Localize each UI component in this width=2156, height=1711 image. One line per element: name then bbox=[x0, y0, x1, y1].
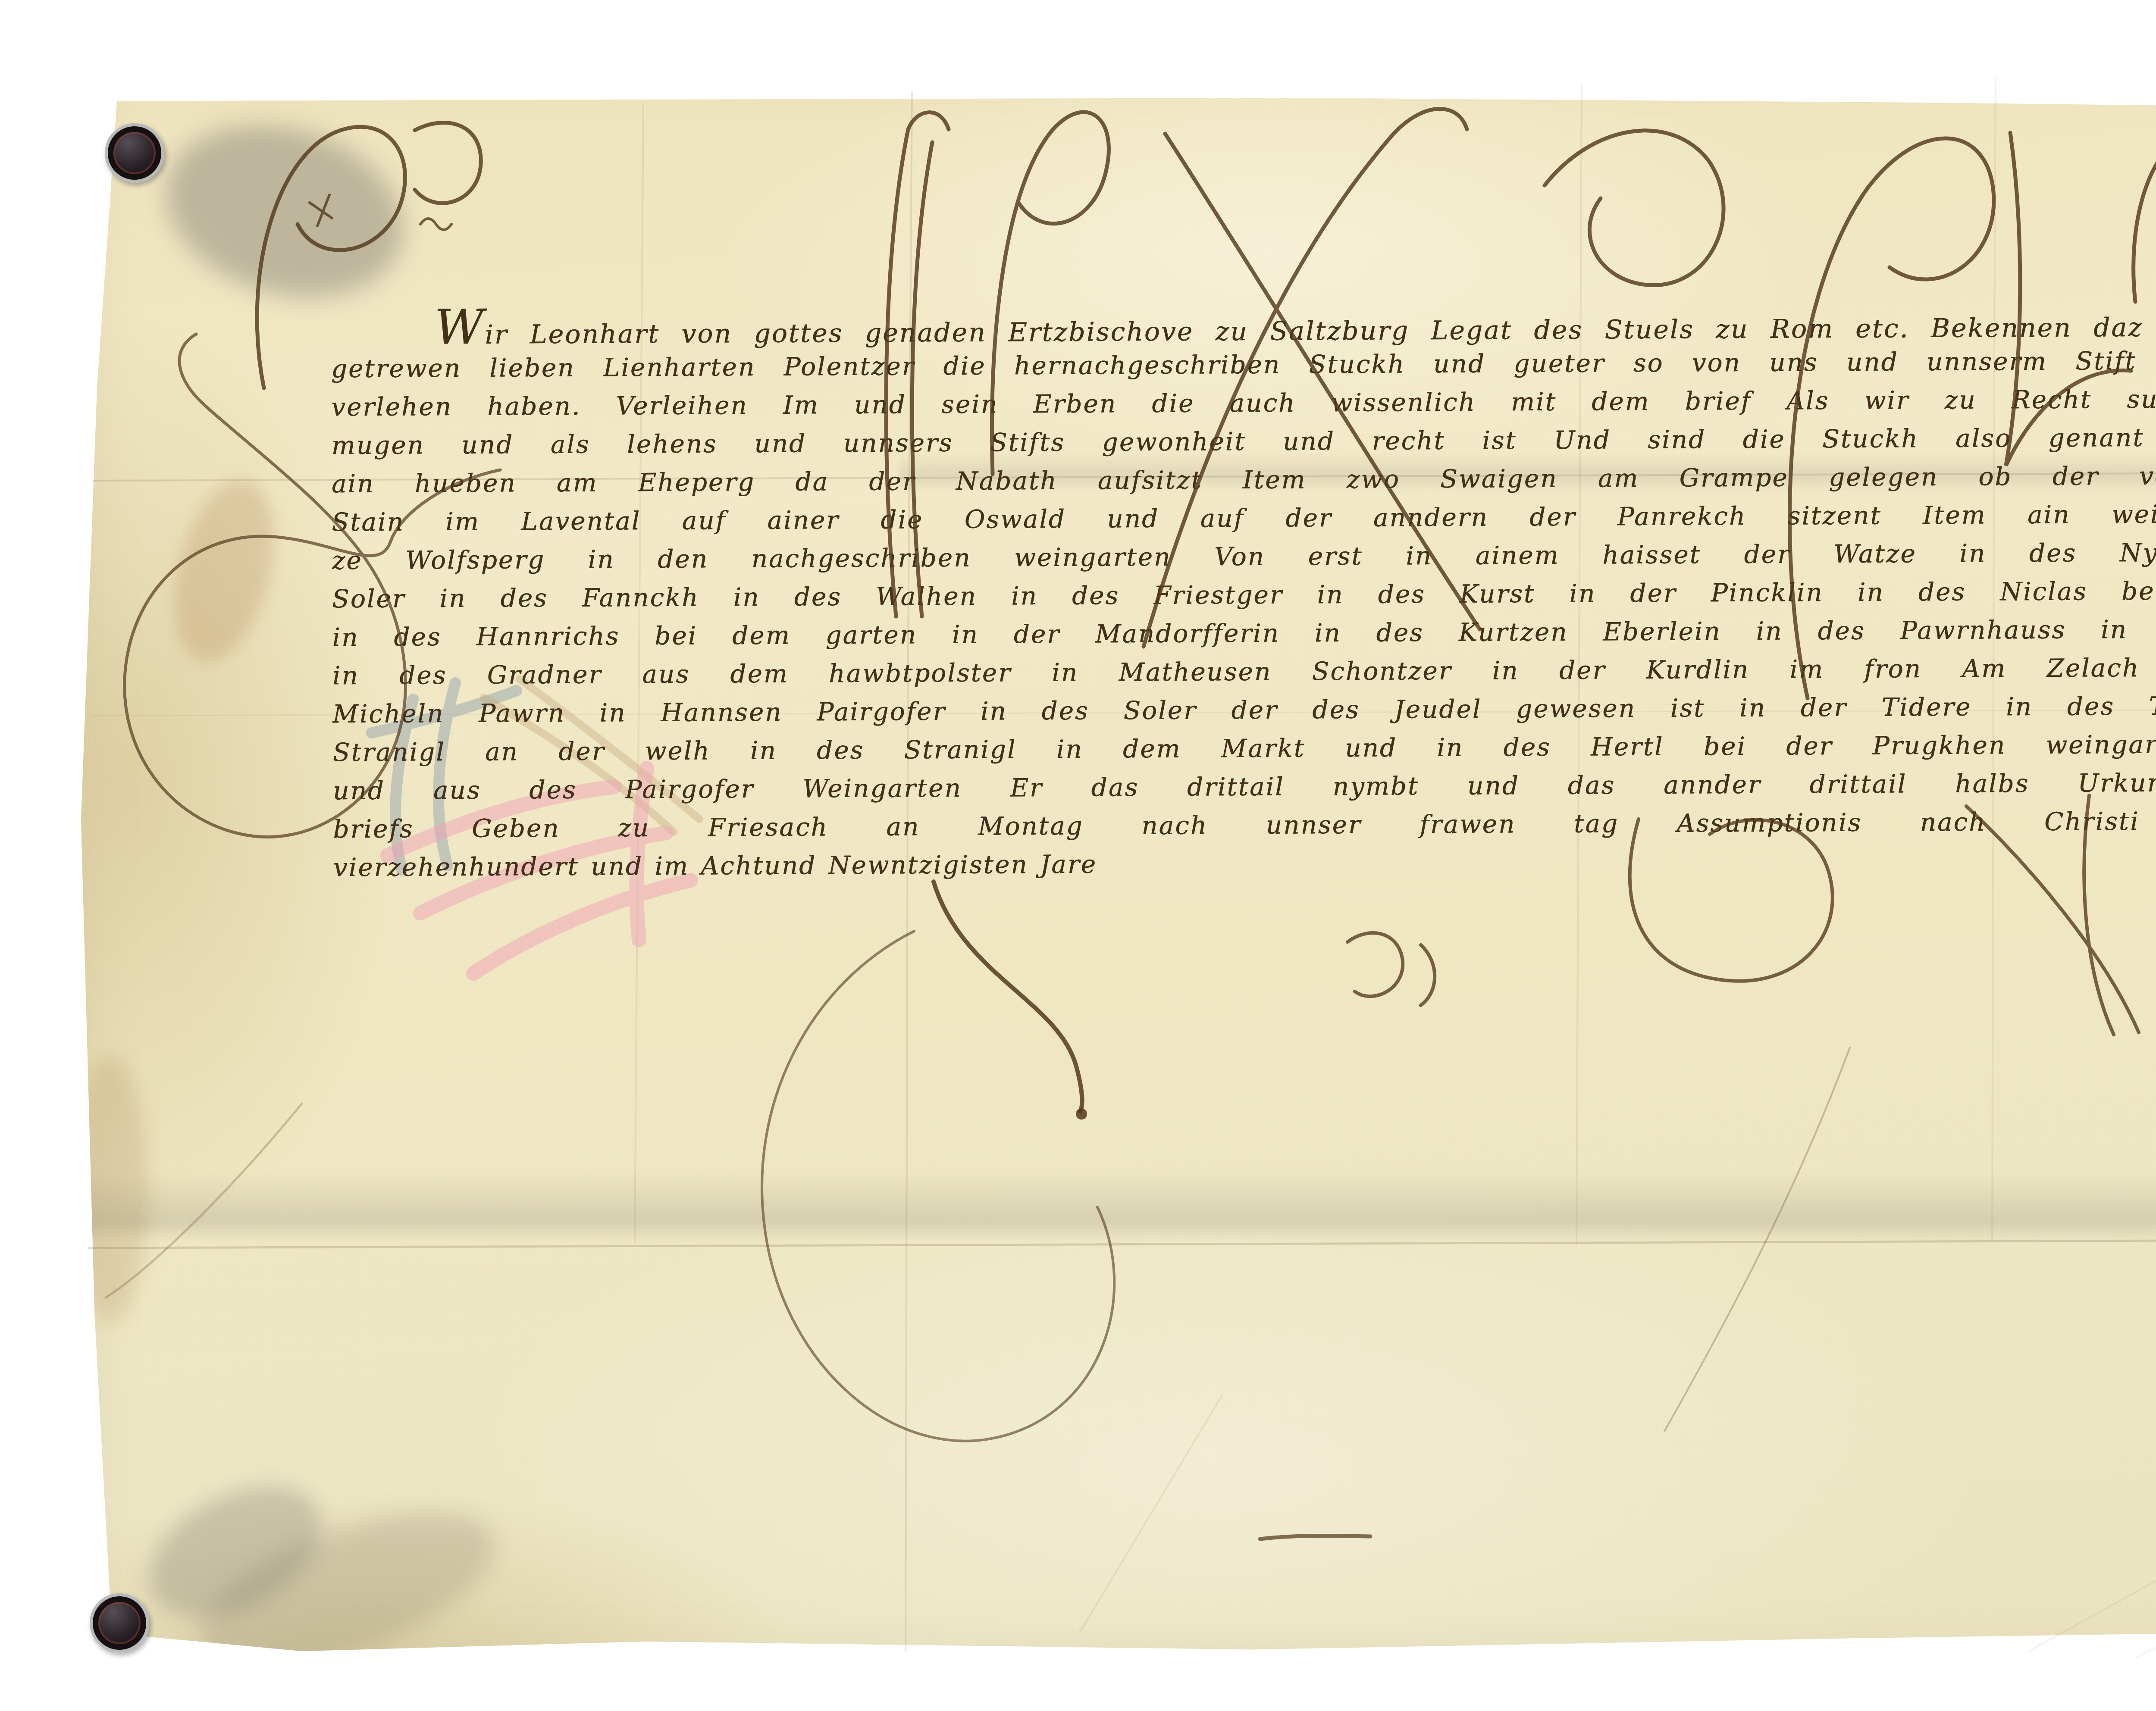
stain-left-edge bbox=[71, 1056, 149, 1323]
manuscript-line-15: vierzehenhundert und im Achtund Newntzig… bbox=[333, 845, 1266, 887]
stain-rust-left bbox=[158, 470, 291, 672]
fold-shade-band bbox=[80, 1173, 2156, 1242]
stain-bottom-left bbox=[181, 1481, 514, 1700]
corner-pin-top-left bbox=[105, 123, 164, 183]
manuscript-text: Wir Leonhart von gottes genaden Ertzbisc… bbox=[331, 303, 2156, 887]
corner-pin-bottom-left bbox=[90, 1593, 149, 1653]
scan-background: Wir Leonhart von gottes genaden Ertzbisc… bbox=[0, 0, 2156, 1711]
